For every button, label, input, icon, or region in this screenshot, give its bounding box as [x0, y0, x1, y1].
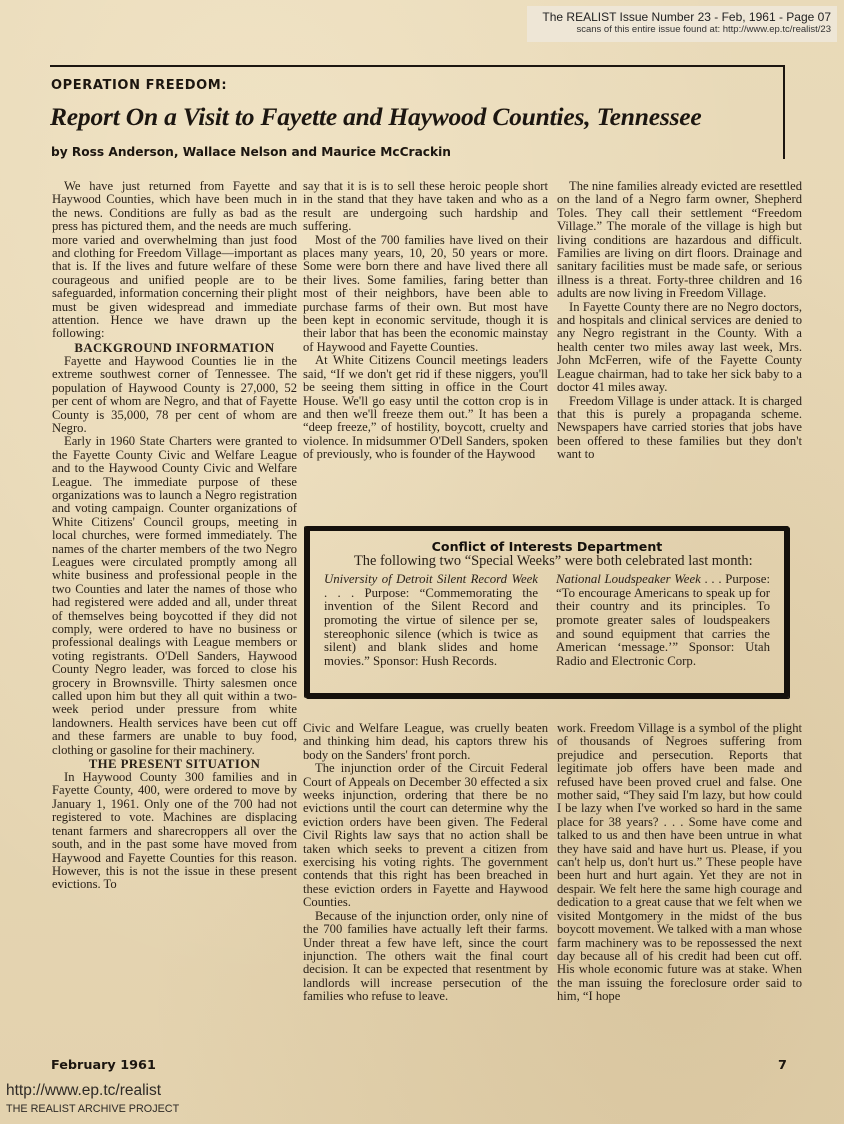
paragraph: Because of the injunction order, only ni… — [303, 910, 548, 1004]
article-byline: by Ross Anderson, Wallace Nelson and Mau… — [51, 145, 451, 159]
subheading-background: BACKGROUND INFORMATION — [52, 341, 297, 355]
paragraph: We have just returned from Fayette and H… — [52, 180, 297, 341]
header-rule — [50, 65, 785, 67]
section-kicker: OPERATION FREEDOM: — [51, 78, 227, 93]
footer-date: February 1961 — [51, 1058, 156, 1073]
paragraph: In Fayette County there are no Negro doc… — [557, 301, 802, 395]
subheading-present-situation: THE PRESENT SITUATION — [52, 757, 297, 771]
column-1: We have just returned from Fayette and H… — [52, 180, 297, 892]
box-intro: The following two “Special Weeks” were b… — [324, 554, 770, 569]
archive-scans-line: scans of this entire issue found at: htt… — [527, 24, 831, 36]
paragraph: Freedom Village is under attack. It is c… — [557, 395, 802, 462]
archive-project-name: THE REALIST ARCHIVE PROJECT — [6, 1103, 179, 1115]
paragraph: The injunction order of the Circuit Fede… — [303, 762, 548, 909]
page-number: 7 — [778, 1058, 787, 1073]
special-week-item: University of Detroit Silent Record Week… — [324, 573, 538, 668]
paragraph: Fayette and Haywood Counties lie in the … — [52, 355, 297, 435]
special-week-name: University of Detroit Silent Record Week — [324, 572, 538, 586]
column-2-top: say that it is is to sell these heroic p… — [303, 180, 548, 462]
paragraph: In Haywood County 300 families and in Fa… — [52, 771, 297, 892]
paragraph: Most of the 700 families have lived on t… — [303, 234, 548, 355]
paragraph: The nine families already evicted are re… — [557, 180, 802, 301]
paragraph: At White Citizens Council meetings leade… — [303, 354, 548, 461]
paragraph: say that it is is to sell these heroic p… — [303, 180, 548, 234]
archive-stamp: The REALIST Issue Number 23 - Feb, 1961 … — [527, 6, 837, 42]
special-week-name: National Loudspeaker Week — [556, 572, 701, 586]
special-week-text: . . . Purpose: “Commemorating the invent… — [324, 586, 538, 668]
box-title: Conflict of Interests Department — [324, 539, 770, 554]
column-3-bottom: work. Freedom Village is a symbol of the… — [557, 722, 802, 1004]
archive-issue-line: The REALIST Issue Number 23 - Feb, 1961 … — [527, 10, 831, 24]
column-3-top: The nine families already evicted are re… — [557, 180, 802, 462]
paragraph: Civic and Welfare League, was cruelly be… — [303, 722, 548, 762]
special-week-text: . . . Purpose: “To encourage Americans t… — [556, 572, 770, 668]
conflict-of-interests-box: Conflict of Interests Department The fol… — [305, 526, 789, 698]
archive-url-link[interactable]: http://www.ep.tc/realist — [6, 1082, 161, 1100]
special-week-item: National Loudspeaker Week . . . Purpose:… — [556, 573, 770, 668]
column-2-bottom: Civic and Welfare League, was cruelly be… — [303, 722, 548, 1004]
paragraph: work. Freedom Village is a symbol of the… — [557, 722, 802, 1004]
article-headline: Report On a Visit to Fayette and Haywood… — [50, 102, 790, 132]
paragraph: Early in 1960 State Charters were grante… — [52, 435, 297, 757]
box-columns: University of Detroit Silent Record Week… — [324, 573, 770, 668]
